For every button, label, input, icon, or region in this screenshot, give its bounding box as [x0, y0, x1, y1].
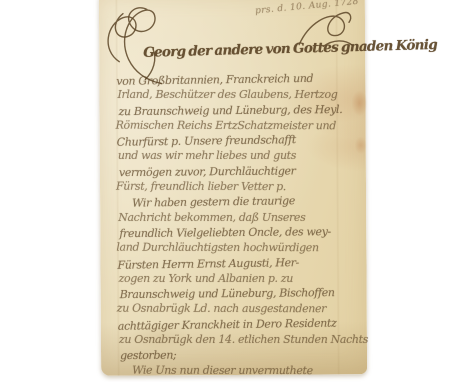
- manuscript-photo: prs. d. 10. Aug. 1728 Georg der andere v…: [0, 0, 468, 382]
- letter-line: Fürsten Herrn Ernst Augusti, Her-: [117, 254, 361, 273]
- manuscript-paper: prs. d. 10. Aug. 1728 Georg der andere v…: [99, 0, 367, 376]
- letter-line: und was wir mehr liebes und guts: [118, 148, 362, 163]
- letter-line: Wie Uns nun dieser unvermuthete: [132, 362, 361, 378]
- letter-line: freundlich Vielgeliebten Oncle, des wey-: [119, 224, 363, 242]
- letter-line: Wir haben gestern die traurige: [132, 193, 361, 212]
- letter-line: zu Osnabrügk den 14. etlichen Stunden Na…: [119, 332, 363, 347]
- docket-date-note: prs. d. 10. Aug. 1728: [255, 0, 360, 16]
- letter-line: zu Braunschweig und Lüneburg, des Heyl.: [118, 101, 362, 119]
- letter-line: Irland, Beschützer des Glaubens, Hertzog: [117, 87, 361, 102]
- letter-line: vermögen zuvor, Durchläuchtiger: [119, 163, 363, 181]
- letter-line: gestorben;: [120, 346, 364, 364]
- letter-line: zogen zu York und Albanien p. zu: [119, 271, 363, 286]
- letter-body: von Großbritannien, Franckreich undIrlan…: [116, 71, 362, 378]
- letter-line: Nachricht bekommen, daß Unseres: [118, 210, 362, 225]
- letter-heading: Georg der andere von Gottes gnaden König: [143, 39, 361, 61]
- letter-line: zu Osnabrügk Ld. nach ausgestandener: [117, 301, 361, 317]
- letter-line: land Durchläuchtigsten hochwürdigen: [116, 240, 360, 256]
